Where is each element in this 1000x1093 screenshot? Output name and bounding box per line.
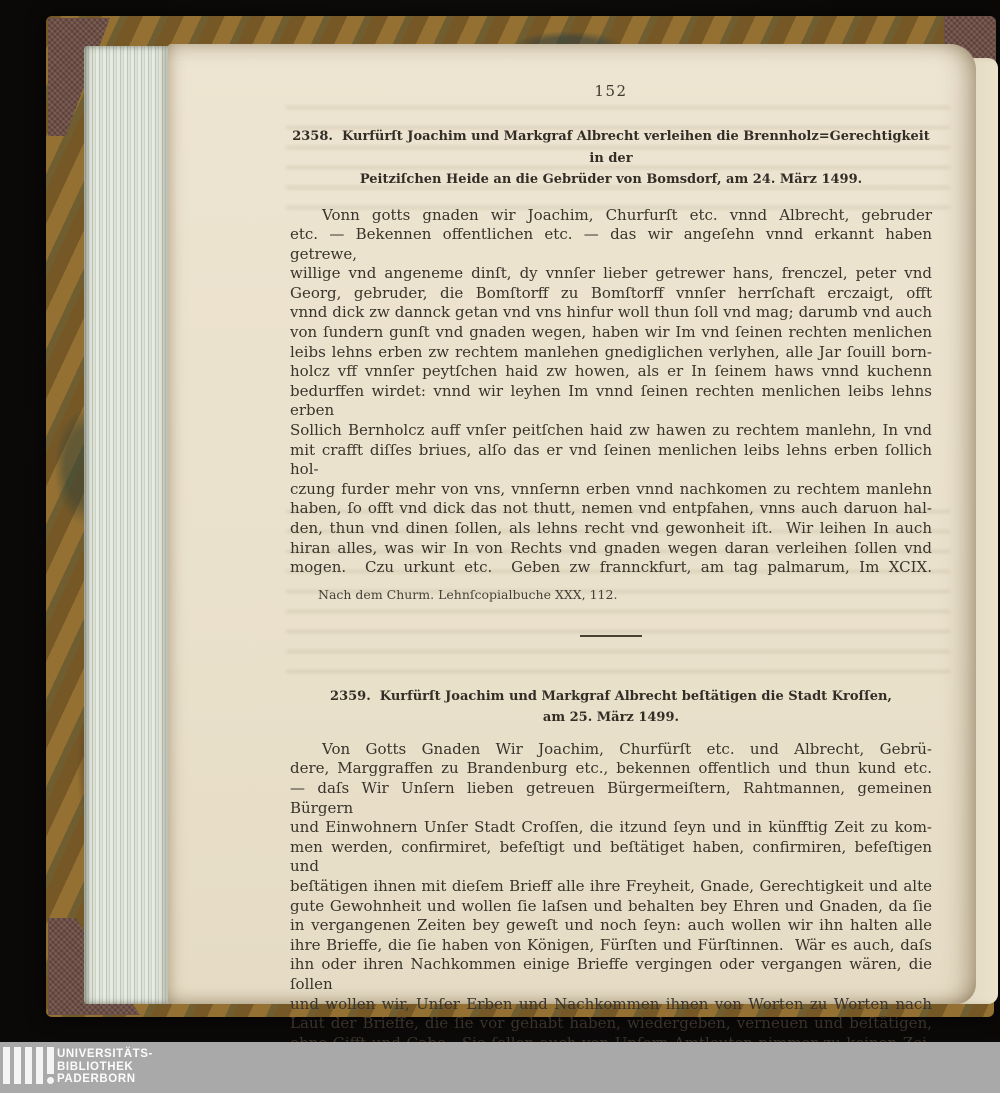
library-name: UNIVERSITÄTS-BIBLIOTHEKPADERBORN (57, 1048, 153, 1086)
page-edge-stack (84, 46, 170, 1004)
ub-paderborn-logo-icon (3, 1047, 54, 1087)
logo-exclamation-bar (47, 1047, 54, 1084)
logo-bar (25, 1047, 32, 1084)
page-surface: 152 2358. Kurfürſt Joachim und Markgraf … (168, 44, 976, 1004)
section-divider (580, 635, 642, 637)
entry-2359-body: Von Gotts Gnaden Wir Joachim, Churfürſt … (290, 740, 932, 1054)
book-scan: 152 2358. Kurfürſt Joachim und Markgraf … (0, 0, 1000, 1093)
entry-2358-heading: 2358. Kurfürſt Joachim und Markgraf Albr… (290, 126, 932, 191)
logo-bar (3, 1047, 10, 1084)
library-watermark-banner: UNIVERSITÄTS-BIBLIOTHEKPADERBORN (0, 1042, 1000, 1093)
entry-2358-body: Vonn gotts gnaden wir Joachim, Churfurſt… (290, 206, 932, 578)
logo-bar (36, 1047, 43, 1084)
page-number: 152 (290, 82, 932, 100)
entry-2358-source-note: Nach dem Churm. Lehnſcopialbuche XXX, 11… (290, 587, 932, 602)
page-content: 152 2358. Kurfürſt Joachim und Markgraf … (290, 44, 932, 1053)
logo-bar (14, 1047, 21, 1084)
entry-2359-heading: 2359. Kurfürſt Joachim und Markgraf Albr… (290, 686, 932, 729)
